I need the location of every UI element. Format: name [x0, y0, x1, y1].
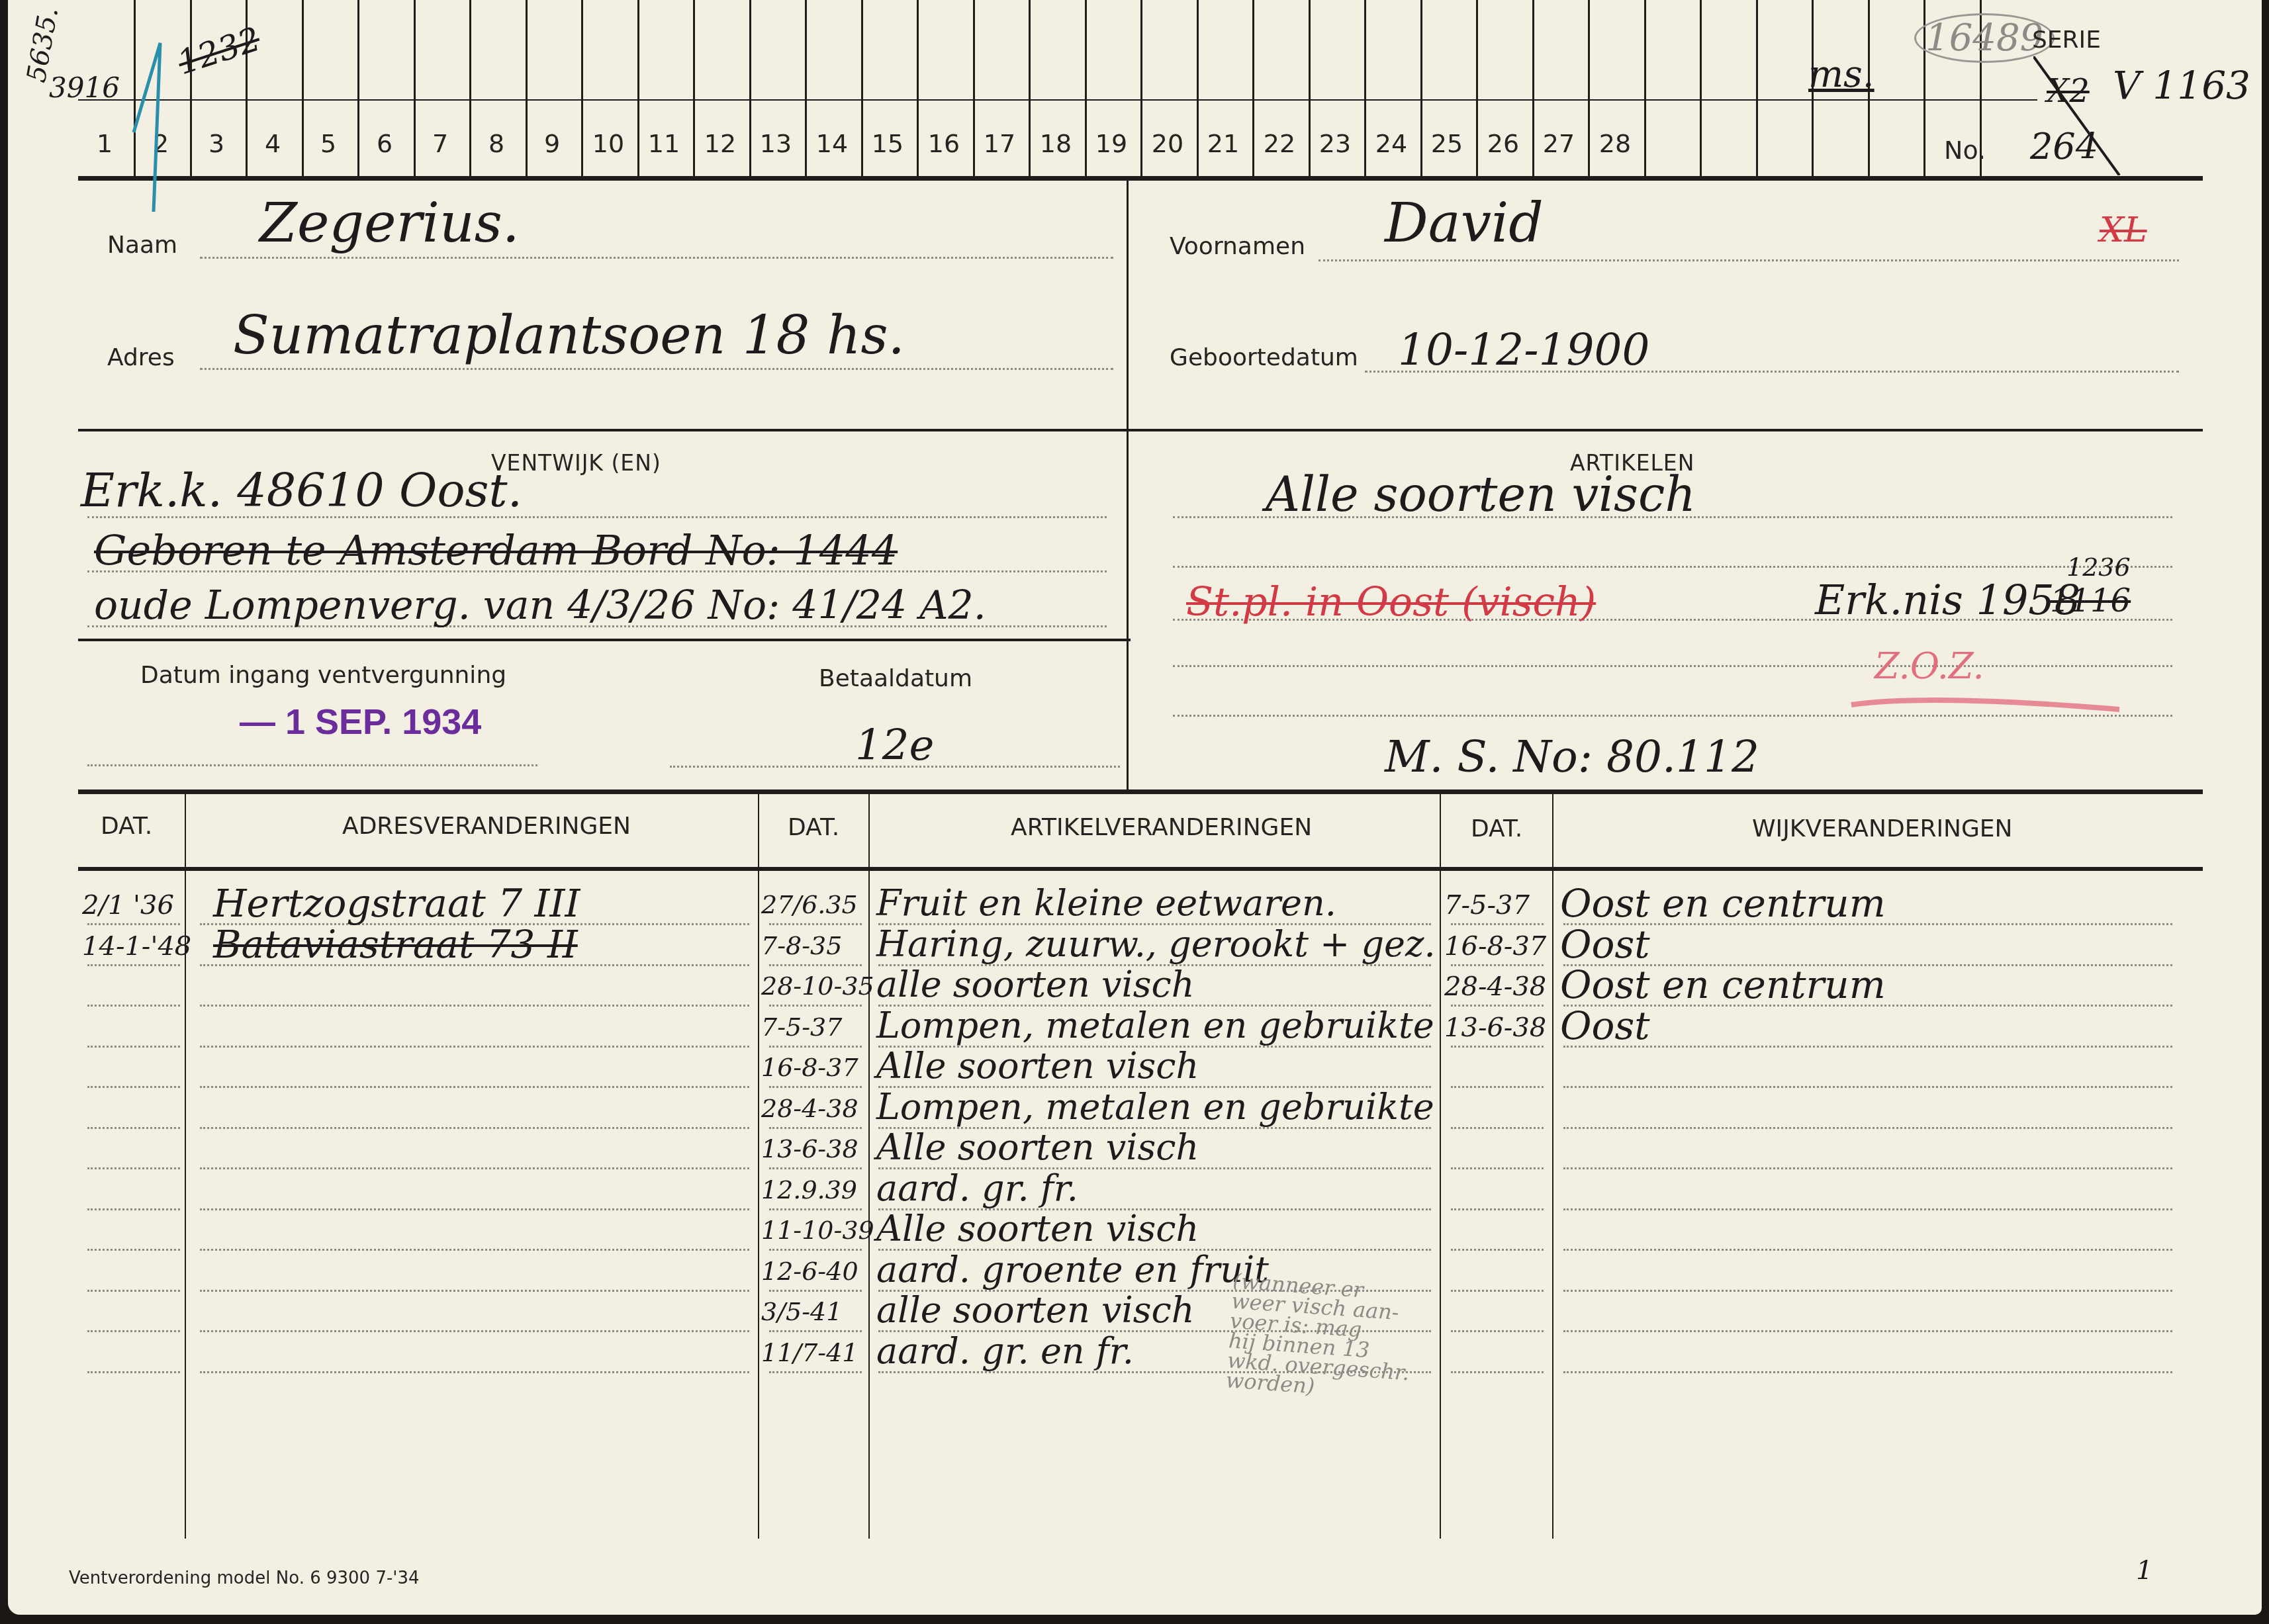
form-footer: Ventverordening model No. 6 9300 7-'34	[69, 1568, 420, 1588]
artikel-row-date: 13-6-38	[761, 1134, 858, 1163]
day-column-6: 6	[358, 129, 411, 158]
day-column-18: 18	[1029, 129, 1082, 158]
betaaldatum-value: 12e	[855, 721, 934, 770]
day-column-10: 10	[582, 129, 635, 158]
voornamen-label: Voornamen	[1170, 233, 1305, 260]
day-column-16: 16	[917, 129, 970, 158]
ventwijk-line-1: Erk.k. 48610 Oost.	[81, 463, 522, 518]
serie-strike-line	[2033, 56, 2139, 175]
wijk-row-value: Oost	[1560, 1003, 1650, 1048]
artikelen-erkenning: Erk.nis 1958	[1815, 576, 2080, 624]
column-divider	[1700, 0, 1702, 177]
artikel-row-date: 28-4-38	[761, 1094, 858, 1123]
wijk-row-value: Oost en centrum	[1560, 881, 1886, 926]
wijk-row-date: 7-5-37	[1444, 890, 1530, 921]
day-column-3: 3	[190, 129, 243, 158]
artikel-row-date: 11-10-39	[761, 1216, 874, 1245]
day-column-26: 26	[1477, 129, 1530, 158]
artikel-row-value: alle soorten visch	[876, 1289, 1195, 1331]
day-column-28: 28	[1589, 129, 1642, 158]
datum-ingang-label: Datum ingang ventvergunning	[140, 662, 506, 689]
naam-value: Zegerius.	[259, 192, 520, 255]
artikel-row-value: Fruit en kleine eetwaren.	[876, 882, 1336, 924]
datum-ingang-stamp: — 1 SEP. 1934	[240, 701, 481, 743]
naam-label: Naam	[107, 232, 177, 259]
artikel-row-date: 12-6-40	[761, 1257, 858, 1286]
artikel-row-value: aard. groente en fruit	[876, 1249, 1269, 1290]
adres-label: Adres	[107, 344, 175, 371]
day-column-7: 7	[414, 129, 467, 158]
pencil-note: (wanneer erweer visch aan-voer is: maghi…	[1225, 1271, 1415, 1403]
day-column-20: 20	[1141, 129, 1194, 158]
artikel-row-date: 12.9.39	[761, 1175, 857, 1204]
artikelen-line-1: Alle soorten visch	[1266, 467, 1696, 522]
day-column-24: 24	[1365, 129, 1418, 158]
day-column-9: 9	[526, 129, 579, 158]
artikel-row-value: Alle soorten visch	[876, 1045, 1199, 1087]
artikel-row-date: 11/7-41	[761, 1338, 858, 1367]
artikel-row-date: 16-8-37	[761, 1053, 858, 1082]
corner-mark: 1	[2136, 1555, 2153, 1586]
artikel-row-date: 28-10-35	[761, 971, 874, 1001]
day-column-23: 23	[1309, 129, 1362, 158]
adres-row-date: 2/1 '36	[82, 890, 174, 921]
header-adresveranderingen: ADRESVERANDERINGEN	[342, 813, 631, 840]
adres-row-value: Hertzogstraat 7 III	[213, 881, 580, 926]
artikelen-erkenning-old-number: 1116	[2050, 582, 2131, 619]
pink-underline	[1848, 688, 2126, 715]
day-column-14: 14	[806, 129, 858, 158]
adres-value: Sumatraplantsoen 18 hs.	[233, 304, 905, 366]
wijk-row-date: 13-6-38	[1444, 1013, 1546, 1043]
wijk-row-value: Oost en centrum	[1560, 962, 1886, 1007]
margin-note-2: 3916	[49, 71, 120, 104]
header-dat-artikel: DAT.	[788, 814, 839, 841]
artikel-row-value: Lompen, metalen en gebruikte	[876, 1086, 1434, 1128]
artikelen-zoz: Z.O.Z.	[1875, 645, 1984, 687]
artikel-row-date: 7-5-37	[761, 1013, 842, 1042]
ventwijk-line-3: oude Lompenverg. van 4/3/26 No: 41/24 A2…	[94, 582, 986, 629]
day-column-19: 19	[1085, 129, 1138, 158]
day-column-22: 22	[1253, 129, 1306, 158]
day-column-8: 8	[470, 129, 523, 158]
day-column-4: 4	[246, 129, 299, 158]
artikel-row-date: 3/5-41	[761, 1297, 842, 1326]
geboortedatum-value: 10-12-1900	[1398, 324, 1650, 375]
header-wijkveranderingen: WIJKVERANDERINGEN	[1752, 815, 2013, 842]
day-column-21: 21	[1197, 129, 1250, 158]
header-dat-wijk: DAT.	[1471, 815, 1522, 842]
day-column-15: 15	[861, 129, 914, 158]
day-column-25: 25	[1420, 129, 1473, 158]
artikel-row-date: 7-8-35	[761, 931, 842, 960]
betaaldatum-label: Betaaldatum	[819, 665, 972, 692]
ventwijk-line-2: Geboren te Amsterdam Bord No: 1444	[94, 526, 898, 574]
artikel-row-value: Alle soorten visch	[876, 1208, 1199, 1249]
vendor-registration-card: 1234567891011121314151617181920212223242…	[8, 0, 2262, 1615]
geboortedatum-label: Geboortedatum	[1170, 344, 1358, 371]
column-divider	[1644, 0, 1646, 177]
adres-row-date: 14-1-'48	[82, 931, 191, 962]
initials: ms.	[1808, 53, 1875, 96]
artikelen-line-2-red: St.pl. in Oost (visch)	[1186, 579, 1596, 625]
voornamen-red-mark: XL	[2100, 210, 2147, 250]
struck-number: 1232	[173, 20, 265, 82]
day-column-12: 12	[694, 129, 747, 158]
wijk-row-value: Oost	[1560, 922, 1650, 967]
header-dat-adres: DAT.	[101, 813, 152, 840]
artikel-row-value: Lompen, metalen en gebruikte	[876, 1005, 1434, 1046]
column-divider	[1756, 0, 1758, 177]
artikel-row-date: 27/6.35	[761, 890, 858, 919]
serie-label: SERIE	[2032, 26, 2101, 54]
no-label: No.	[1944, 136, 1986, 165]
artikelen-ms-number: M. S. No: 80.112	[1385, 731, 1759, 782]
artikel-row-value: alle soorten visch	[876, 964, 1195, 1005]
artikel-row-value: Alle soorten visch	[876, 1126, 1199, 1168]
day-column-5: 5	[302, 129, 355, 158]
artikelen-erkenning-new-number: 1236	[2066, 553, 2131, 582]
voornamen-value: David	[1385, 192, 1544, 255]
adres-row-value: Bataviastraat 73 II	[213, 922, 578, 967]
day-column-11: 11	[637, 129, 690, 158]
day-column-13: 13	[749, 129, 802, 158]
header-artikelveranderingen: ARTIKELVERANDERINGEN	[1011, 814, 1312, 841]
day-column-17: 17	[973, 129, 1026, 158]
wijk-row-date: 28-4-38	[1444, 971, 1546, 1002]
wijk-row-date: 16-8-37	[1444, 931, 1546, 962]
day-column-1: 1	[78, 129, 131, 158]
day-column-27: 27	[1532, 129, 1585, 158]
artikel-row-value: aard. gr. fr.	[876, 1167, 1078, 1209]
artikel-row-value: Haring, zuurw., gerookt + gez.	[876, 923, 1436, 965]
blue-check-mark	[127, 20, 167, 212]
artikel-row-value: aard. gr. en fr.	[876, 1330, 1134, 1372]
